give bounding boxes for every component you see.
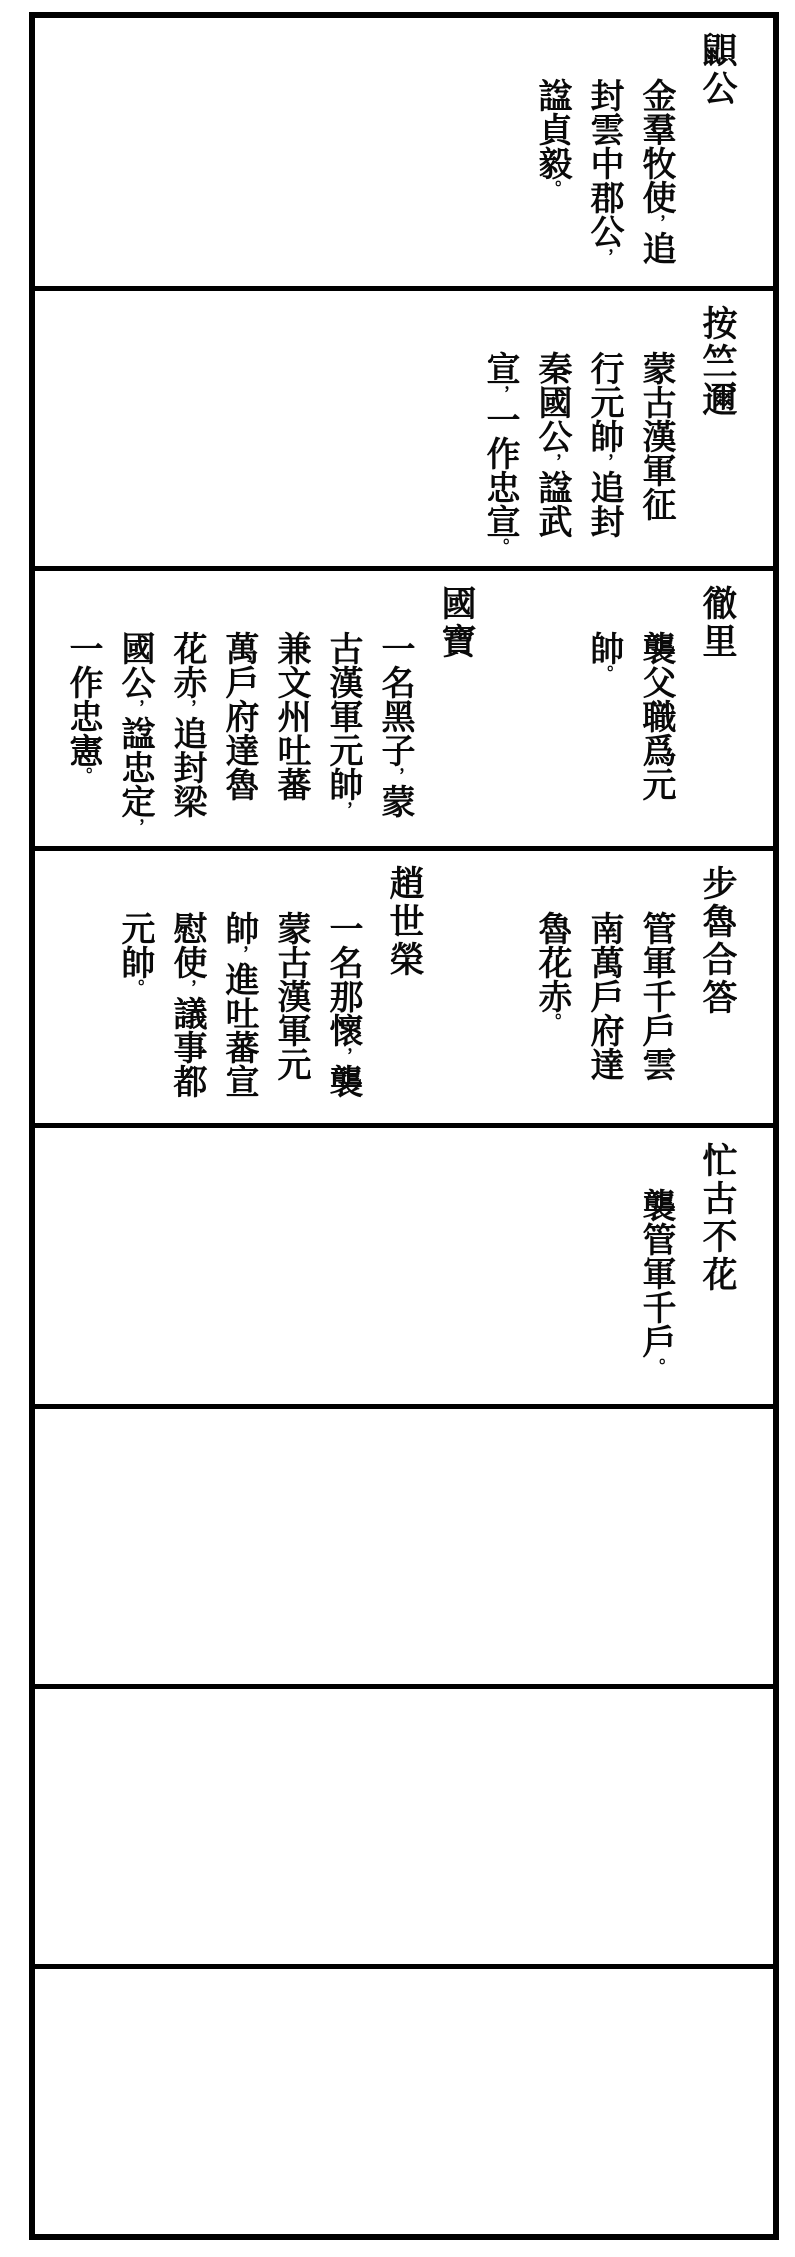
- annotation-column: 襲管軍千戶。: [629, 1188, 681, 1400]
- annotation-column: 國公，諡忠定，: [108, 631, 160, 842]
- person-annotation: 襲父職爲元帥。: [577, 585, 681, 842]
- punctuation-mark: ，: [542, 453, 561, 470]
- punctuation-mark: ，: [333, 1047, 352, 1064]
- person-annotation: 金羣牧使，追封雲中郡公，諡貞毅。: [525, 32, 681, 282]
- punctuation-mark: ，: [177, 699, 196, 716]
- punctuation-mark: 。: [542, 1013, 561, 1030]
- punctuation-mark: ，: [125, 699, 144, 716]
- person-entry: 忙古不花襲管軍千戶。: [629, 1142, 753, 1400]
- generation-row-4: 步魯合答管軍千戶雲南萬戶府達魯花赤。趙世榮一名那懷，襲蒙古漢軍元帥，進吐蕃宣慰使…: [35, 851, 773, 1128]
- person-annotation: 蒙古漢軍征行元帥，追封秦國公，諡武宣，一作忠宣。: [473, 305, 681, 562]
- annotation-column: 封雲中郡公，: [577, 78, 629, 282]
- annotation-column: 蒙古漢軍征: [629, 351, 681, 562]
- annotation-column: 帥，進吐蕃宣: [212, 911, 264, 1119]
- generation-row-2: 按竺邇蒙古漢軍征行元帥，追封秦國公，諡武宣，一作忠宣。: [35, 291, 773, 571]
- person-annotation: 一名那懷，襲蒙古漢軍元帥，進吐蕃宣慰使，議事都元帥。: [108, 865, 368, 1119]
- annotation-column: 諡貞毅。: [525, 78, 577, 282]
- person-entry: 趙世榮一名那懷，襲蒙古漢軍元帥，進吐蕃宣慰使，議事都元帥。: [108, 865, 440, 1119]
- punctuation-mark: ，: [594, 453, 613, 470]
- punctuation-mark: ，: [177, 979, 196, 996]
- genealogy-table: 鼰公金羣牧使，追封雲中郡公，諡貞毅。按竺邇蒙古漢軍征行元帥，追封秦國公，諡武宣，…: [29, 12, 779, 2240]
- person-entry: 國寶一名黑子，蒙古漢軍元帥，兼文州吐蕃萬戶府達魯花赤，追封梁國公，諡忠定，一作忠…: [56, 585, 492, 842]
- punctuation-mark: ，: [490, 385, 509, 402]
- annotation-column: 萬戶府達魯: [212, 631, 264, 842]
- annotation-column: 管軍千戶雲: [629, 911, 681, 1119]
- generation-row-8: [35, 1969, 773, 2234]
- person-name: 鼰公: [681, 32, 753, 282]
- annotation-column: 秦國公，諡武: [525, 351, 577, 562]
- annotation-column: 金羣牧使，追: [629, 78, 681, 282]
- annotation-column: 南萬戶府達: [577, 911, 629, 1119]
- annotation-column: 襲父職爲元: [629, 631, 681, 842]
- annotation-column: 古漢軍元帥，: [316, 631, 368, 842]
- punctuation-mark: 。: [594, 665, 613, 682]
- person-name: 忙古不花: [681, 1142, 753, 1400]
- punctuation-mark: 。: [73, 767, 92, 784]
- person-name: 按竺邇: [681, 305, 753, 562]
- punctuation-mark: ，: [333, 801, 352, 818]
- person-name: 國寶: [420, 585, 492, 842]
- generation-row-3: 徹里襲父職爲元帥。國寶一名黑子，蒙古漢軍元帥，兼文州吐蕃萬戶府達魯花赤，追封梁國…: [35, 571, 773, 851]
- punctuation-mark: ，: [646, 214, 665, 231]
- annotation-column: 帥。: [577, 631, 629, 842]
- punctuation-mark: 。: [490, 538, 509, 555]
- annotation-column: 行元帥，追封: [577, 351, 629, 562]
- person-entry: 鼰公金羣牧使，追封雲中郡公，諡貞毅。: [525, 32, 753, 282]
- annotation-column: 花赤，追封梁: [160, 631, 212, 842]
- annotation-column: 兼文州吐蕃: [264, 631, 316, 842]
- person-name: 趙世榮: [368, 865, 440, 1119]
- generation-row-5: 忙古不花襲管軍千戶。: [35, 1128, 773, 1409]
- annotation-column: 一作忠憲。: [56, 631, 108, 842]
- annotation-column: 一名黑子，蒙: [368, 631, 420, 842]
- annotation-column: 元帥。: [108, 911, 160, 1119]
- generation-row-7: [35, 1689, 773, 1969]
- punctuation-mark: 。: [542, 180, 561, 197]
- person-entry: 徹里襲父職爲元帥。: [577, 585, 753, 842]
- generation-row-1: 鼰公金羣牧使，追封雲中郡公，諡貞毅。: [35, 18, 773, 291]
- person-name: 徹里: [681, 585, 753, 842]
- punctuation-mark: ，: [385, 767, 404, 784]
- annotation-column: 宣，一作忠宣。: [473, 351, 525, 562]
- punctuation-mark: ，: [229, 945, 248, 962]
- person-annotation: 管軍千戶雲南萬戶府達魯花赤。: [525, 865, 681, 1119]
- annotation-column: 蒙古漢軍元: [264, 911, 316, 1119]
- person-entry: 按竺邇蒙古漢軍征行元帥，追封秦國公，諡武宣，一作忠宣。: [473, 305, 753, 562]
- person-name: 步魯合答: [681, 865, 753, 1119]
- punctuation-mark: 。: [125, 979, 144, 996]
- punctuation-mark: ，: [125, 818, 144, 835]
- person-entry: 步魯合答管軍千戶雲南萬戶府達魯花赤。: [525, 865, 753, 1119]
- person-annotation: 一名黑子，蒙古漢軍元帥，兼文州吐蕃萬戶府達魯花赤，追封梁國公，諡忠定，一作忠憲。: [56, 585, 420, 842]
- annotation-column: 慰使，議事都: [160, 911, 212, 1119]
- punctuation-mark: 。: [646, 1358, 665, 1375]
- person-annotation: 襲管軍千戶。: [629, 1142, 681, 1400]
- annotation-column: 一名那懷，襲: [316, 911, 368, 1119]
- punctuation-mark: ，: [594, 248, 613, 265]
- generation-row-6: [35, 1409, 773, 1689]
- annotation-column: 魯花赤。: [525, 911, 577, 1119]
